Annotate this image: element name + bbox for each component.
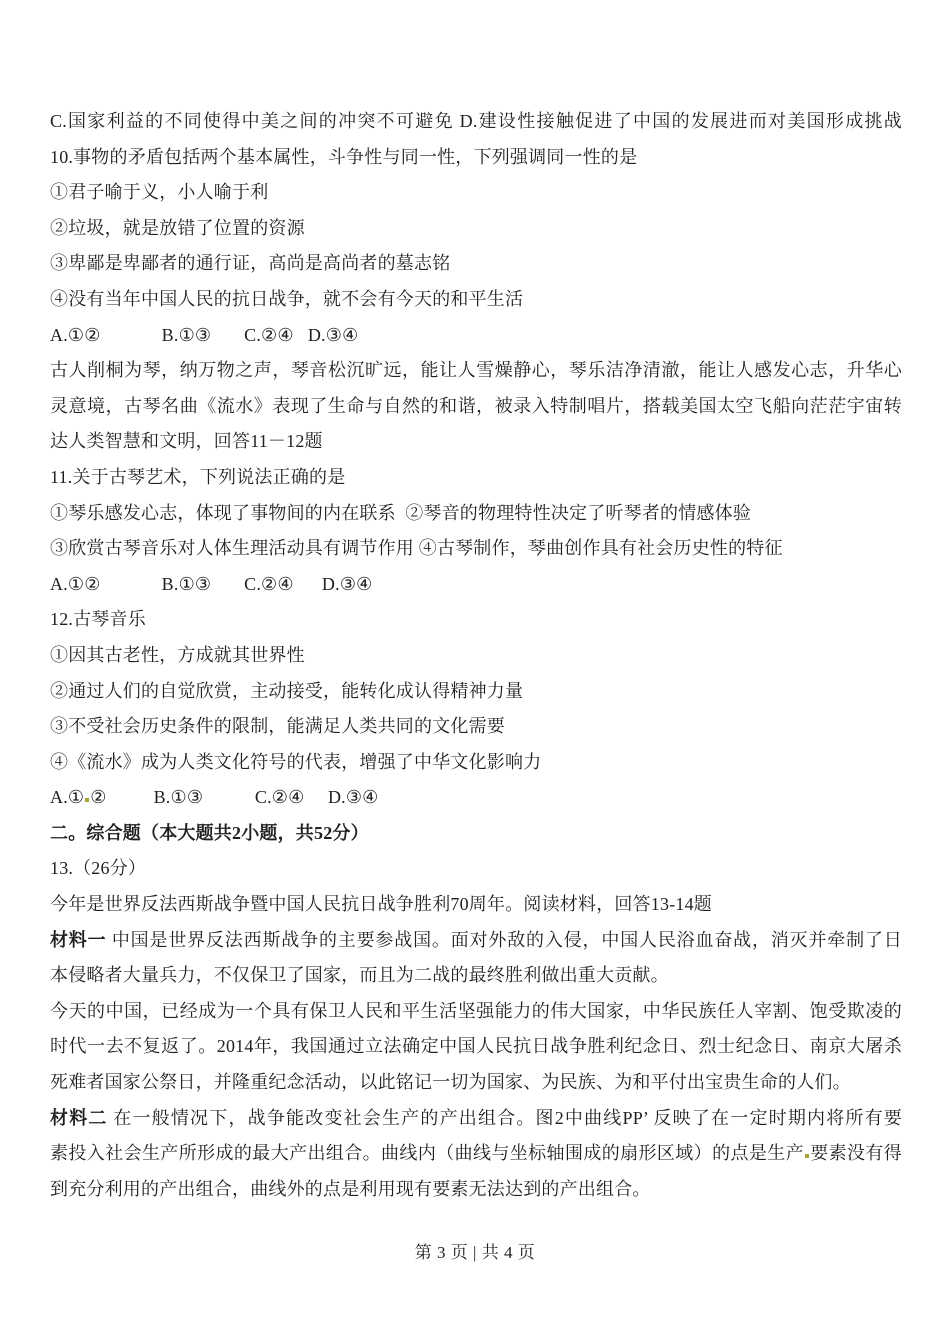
text-segment: 今年是世界反法西斯战争暨中国人民抗日战争胜利70周年。阅读材料，回答13-14题 (50, 894, 712, 914)
text-line-25: 本侵略者大量兵力，不仅保卫了国家，而且为二战的最终胜利做出重大贡献。 (50, 958, 902, 994)
text-segment: 本侵略者大量兵力，不仅保卫了国家，而且为二战的最终胜利做出重大贡献。 (50, 965, 669, 985)
text-segment: 10.事物的矛盾包括两个基本属性，斗争性与同一性，下列强调同一性的是 (50, 147, 637, 167)
text-segment: A.①② B.①③ C.②④ D.③④ (50, 325, 358, 345)
text-segment: 到充分利用的产出组合，曲线外的点是利用现有要素无法达到的产出组合。 (50, 1179, 651, 1199)
text-line-7: A.①② B.①③ C.②④ D.③④ (50, 318, 902, 354)
proofing-dot-mark (85, 798, 89, 802)
text-segment: ①君子喻于义，小人喻于利 (50, 182, 268, 202)
text-line-3: ①君子喻于义，小人喻于利 (50, 175, 902, 211)
text-line-19: ④《流水》成为人类文化符号的代表，增强了中华文化影响力 (50, 745, 902, 781)
text-line-23: 今年是世界反法西斯战争暨中国人民抗日战争胜利70周年。阅读材料，回答13-14题 (50, 887, 902, 923)
text-line-1: C.国家利益的不同使得中美之间的冲突不可避免 D.建设性接触促进了中国的发展进而… (50, 104, 902, 140)
text-segment: C.国家利益的不同使得中美之间的冲突不可避免 D.建设性接触促进了中国的发展进而… (50, 111, 902, 131)
text-segment: 灵意境，古琴名曲《流水》表现了生命与自然的和谐，被录入特制唱片，搭载美国太空飞船… (50, 396, 902, 416)
text-segment: ③不受社会历史条件的限制，能满足人类共同的文化需要 (50, 716, 505, 736)
text-segment: 12.古琴音乐 (50, 609, 146, 629)
text-segment: 中国是世界反法西斯战争的主要参战国。面对外敌的入侵，中国人民浴血奋战，消灭并牵制… (107, 930, 903, 950)
text-line-27: 时代一去不复返了。2014年，我国通过立法确定中国人民抗日战争胜利纪念日、烈士纪… (50, 1029, 902, 1065)
text-line-14: A.①② B.①③ C.②④ D.③④ (50, 567, 902, 603)
text-line-30: 素投入社会生产所形成的最大产出组合。曲线内（曲线与坐标轴围成的扇形区域）的点是生… (50, 1136, 902, 1172)
text-line-21: 二。综合题（本大题共2小题，共52分） (50, 816, 902, 852)
text-line-28: 死难者国家公祭日，并隆重纪念活动，以此铭记一切为国家、为民族、为和平付出宝贵生命… (50, 1065, 902, 1101)
text-segment: 素投入社会生产所形成的最大产出组合。曲线内（曲线与坐标轴围成的扇形区域）的点是生… (50, 1143, 804, 1163)
exam-paper-page: C.国家利益的不同使得中美之间的冲突不可避免 D.建设性接触促进了中国的发展进而… (0, 0, 950, 1344)
text-segment: ④没有当年中国人民的抗日战争，就不会有今天的和平生活 (50, 289, 523, 309)
text-line-6: ④没有当年中国人民的抗日战争，就不会有今天的和平生活 (50, 282, 902, 318)
text-line-15: 12.古琴音乐 (50, 602, 902, 638)
text-segment: 古人削桐为琴，纳万物之声，琴音松沉旷远，能让人雪燥静心，琴乐洁净清澈，能让人感发… (50, 360, 902, 380)
proofing-dot-mark (805, 1154, 809, 1158)
text-segment: 死难者国家公祭日，并隆重纪念活动，以此铭记一切为国家、为民族、为和平付出宝贵生命… (50, 1072, 851, 1092)
text-segment: ③卑鄙是卑鄙者的通行证，高尚是高尚者的墓志铭 (50, 253, 450, 273)
text-line-22: 13.（26分） (50, 851, 902, 887)
text-segment: 11.关于古琴艺术，下列说法正确的是 (50, 467, 345, 487)
text-line-20: A.①② B.①③ C.②④ D.③④ (50, 780, 902, 816)
document-body: C.国家利益的不同使得中美之间的冲突不可避免 D.建设性接触促进了中国的发展进而… (50, 104, 902, 1207)
text-segment: 时代一去不复返了。2014年，我国通过立法确定中国人民抗日战争胜利纪念日、烈士纪… (50, 1036, 902, 1056)
text-segment: 在一般情况下，战争能改变社会生产的产出组合。图2中曲线PP’ 反映了在一定时期内… (108, 1108, 902, 1128)
text-segment: ④《流水》成为人类文化符号的代表，增强了中华文化影响力 (50, 752, 541, 772)
text-segment: ①因其古老性，方成就其世界性 (50, 645, 305, 665)
text-line-5: ③卑鄙是卑鄙者的通行证，高尚是高尚者的墓志铭 (50, 246, 902, 282)
text-line-24: 材料一 中国是世界反法西斯战争的主要参战国。面对外敌的入侵，中国人民浴血奋战，消… (50, 923, 902, 959)
text-line-26: 今天的中国，已经成为一个具有保卫人民和平生活坚强能力的伟大国家，中华民族任人宰割… (50, 994, 902, 1030)
text-line-31: 到充分利用的产出组合，曲线外的点是利用现有要素无法达到的产出组合。 (50, 1172, 902, 1208)
text-line-17: ②通过人们的自觉欣赏，主动接受，能转化成认得精神力量 (50, 674, 902, 710)
text-segment: ② B.①③ C.②④ D.③④ (90, 787, 378, 807)
page-footer: 第 3 页 | 共 4 页 (0, 1238, 950, 1263)
text-segment: 今天的中国，已经成为一个具有保卫人民和平生活坚强能力的伟大国家，中华民族任人宰割… (50, 1001, 902, 1021)
text-line-18: ③不受社会历史条件的限制，能满足人类共同的文化需要 (50, 709, 902, 745)
text-segment: 13.（26分） (50, 858, 146, 878)
text-segment: ①琴乐感发心志，体现了事物间的内在联系 ②琴音的物理特性决定了听琴者的情感体验 (50, 503, 751, 523)
text-line-8: 古人削桐为琴，纳万物之声，琴音松沉旷远，能让人雪燥静心，琴乐洁净清澈，能让人感发… (50, 353, 902, 389)
text-segment: 要素没有得 (810, 1143, 902, 1163)
text-line-4: ②垃圾，就是放错了位置的资源 (50, 211, 902, 247)
text-line-12: ①琴乐感发心志，体现了事物间的内在联系 ②琴音的物理特性决定了听琴者的情感体验 (50, 496, 902, 532)
text-segment: A.① (50, 787, 84, 807)
text-line-29: 材料二 在一般情况下，战争能改变社会生产的产出组合。图2中曲线PP’ 反映了在一… (50, 1101, 902, 1137)
text-line-9: 灵意境，古琴名曲《流水》表现了生命与自然的和谐，被录入特制唱片，搭载美国太空飞船… (50, 389, 902, 425)
text-line-11: 11.关于古琴艺术，下列说法正确的是 (50, 460, 902, 496)
text-segment: ②垃圾，就是放错了位置的资源 (50, 218, 305, 238)
page-number-text: 第 3 页 | 共 4 页 (415, 1243, 535, 1262)
text-line-16: ①因其古老性，方成就其世界性 (50, 638, 902, 674)
text-segment: ②通过人们的自觉欣赏，主动接受，能转化成认得精神力量 (50, 681, 523, 701)
text-line-10: 达人类智慧和文明，回答11－12题 (50, 424, 902, 460)
text-segment: 达人类智慧和文明，回答11－12题 (50, 431, 323, 451)
bold-text-segment: 材料二 (50, 1108, 108, 1128)
text-segment: A.①② B.①③ C.②④ D.③④ (50, 574, 373, 594)
text-line-2: 10.事物的矛盾包括两个基本属性，斗争性与同一性，下列强调同一性的是 (50, 140, 902, 176)
text-line-13: ③欣赏古琴音乐对人体生理活动具有调节作用 ④古琴制作，琴曲创作具有社会历史性的特… (50, 531, 902, 567)
bold-text-segment: 二。综合题（本大题共2小题，共52分） (50, 823, 369, 843)
text-segment: ③欣赏古琴音乐对人体生理活动具有调节作用 ④古琴制作，琴曲创作具有社会历史性的特… (50, 538, 783, 558)
bold-text-segment: 材料一 (50, 930, 107, 950)
